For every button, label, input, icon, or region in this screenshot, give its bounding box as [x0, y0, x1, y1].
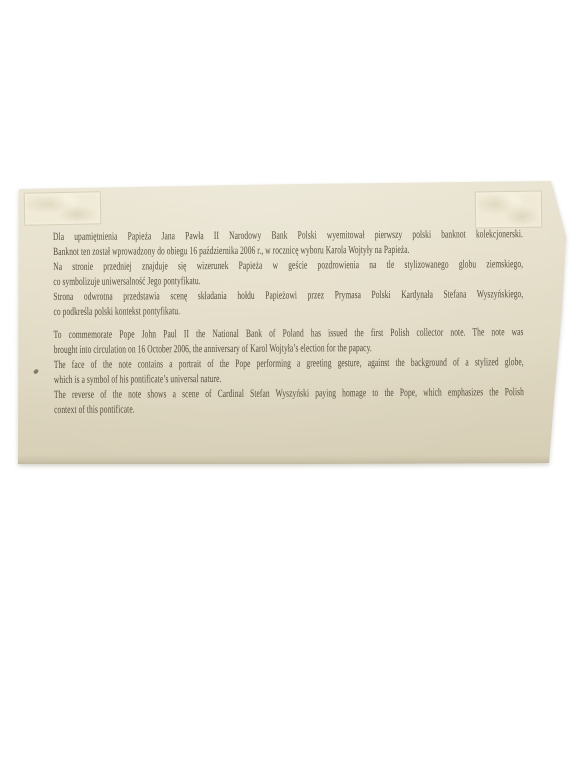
english-paragraph-2: The face of the note contains a portrait… — [54, 355, 524, 388]
info-card: Dla upamiętnienia Papieża Jana Pawła II … — [0, 0, 576, 768]
english-paragraph-3-line-2: context of this pontificate. — [54, 400, 524, 418]
polish-paragraph-3-line-2: co podkreśla polski kontekst pontyfikatu… — [53, 302, 523, 320]
tape-mark-right — [475, 191, 543, 229]
polish-text-section: Dla upamiętnienia Papieża Jana Pawła II … — [53, 227, 523, 320]
polish-paragraph-1: Dla upamiętnienia Papieża Jana Pawła II … — [53, 227, 523, 260]
polish-paragraph-3-line-1: Strona odwrotna przedstawia scenę składa… — [53, 287, 523, 305]
english-paragraph-1: To commemorate Pope John Paul II the Nat… — [54, 325, 524, 358]
english-text-section: To commemorate Pope John Paul II the Nat… — [54, 325, 524, 418]
polish-paragraph-2-line-1: Na stronie przedniej znajduje się wizeru… — [53, 257, 523, 275]
english-paragraph-2-line-1: The face of the note contains a portrait… — [54, 355, 524, 373]
polish-paragraph-2: Na stronie przedniej znajduje się wizeru… — [53, 257, 523, 290]
polish-paragraph-3: Strona odwrotna przedstawia scenę składa… — [53, 287, 523, 320]
card-text: Dla upamiętnienia Papieża Jana Pawła II … — [53, 227, 524, 418]
english-paragraph-1-line-1: To commemorate Pope John Paul II the Nat… — [54, 325, 524, 343]
polish-paragraph-1-line-1: Dla upamiętnienia Papieża Jana Pawła II … — [53, 227, 523, 245]
english-paragraph-3: The reverse of the note shows a scene of… — [54, 385, 524, 418]
photo-background: Dla upamiętnienia Papieża Jana Pawła II … — [0, 0, 576, 768]
tape-mark-left — [24, 191, 102, 226]
ink-speck — [33, 368, 39, 374]
card-shadow: Dla upamiętnienia Papieża Jana Pawła II … — [0, 0, 576, 768]
english-paragraph-3-line-1: The reverse of the note shows a scene of… — [54, 385, 524, 403]
card-top-edge — [19, 178, 552, 188]
